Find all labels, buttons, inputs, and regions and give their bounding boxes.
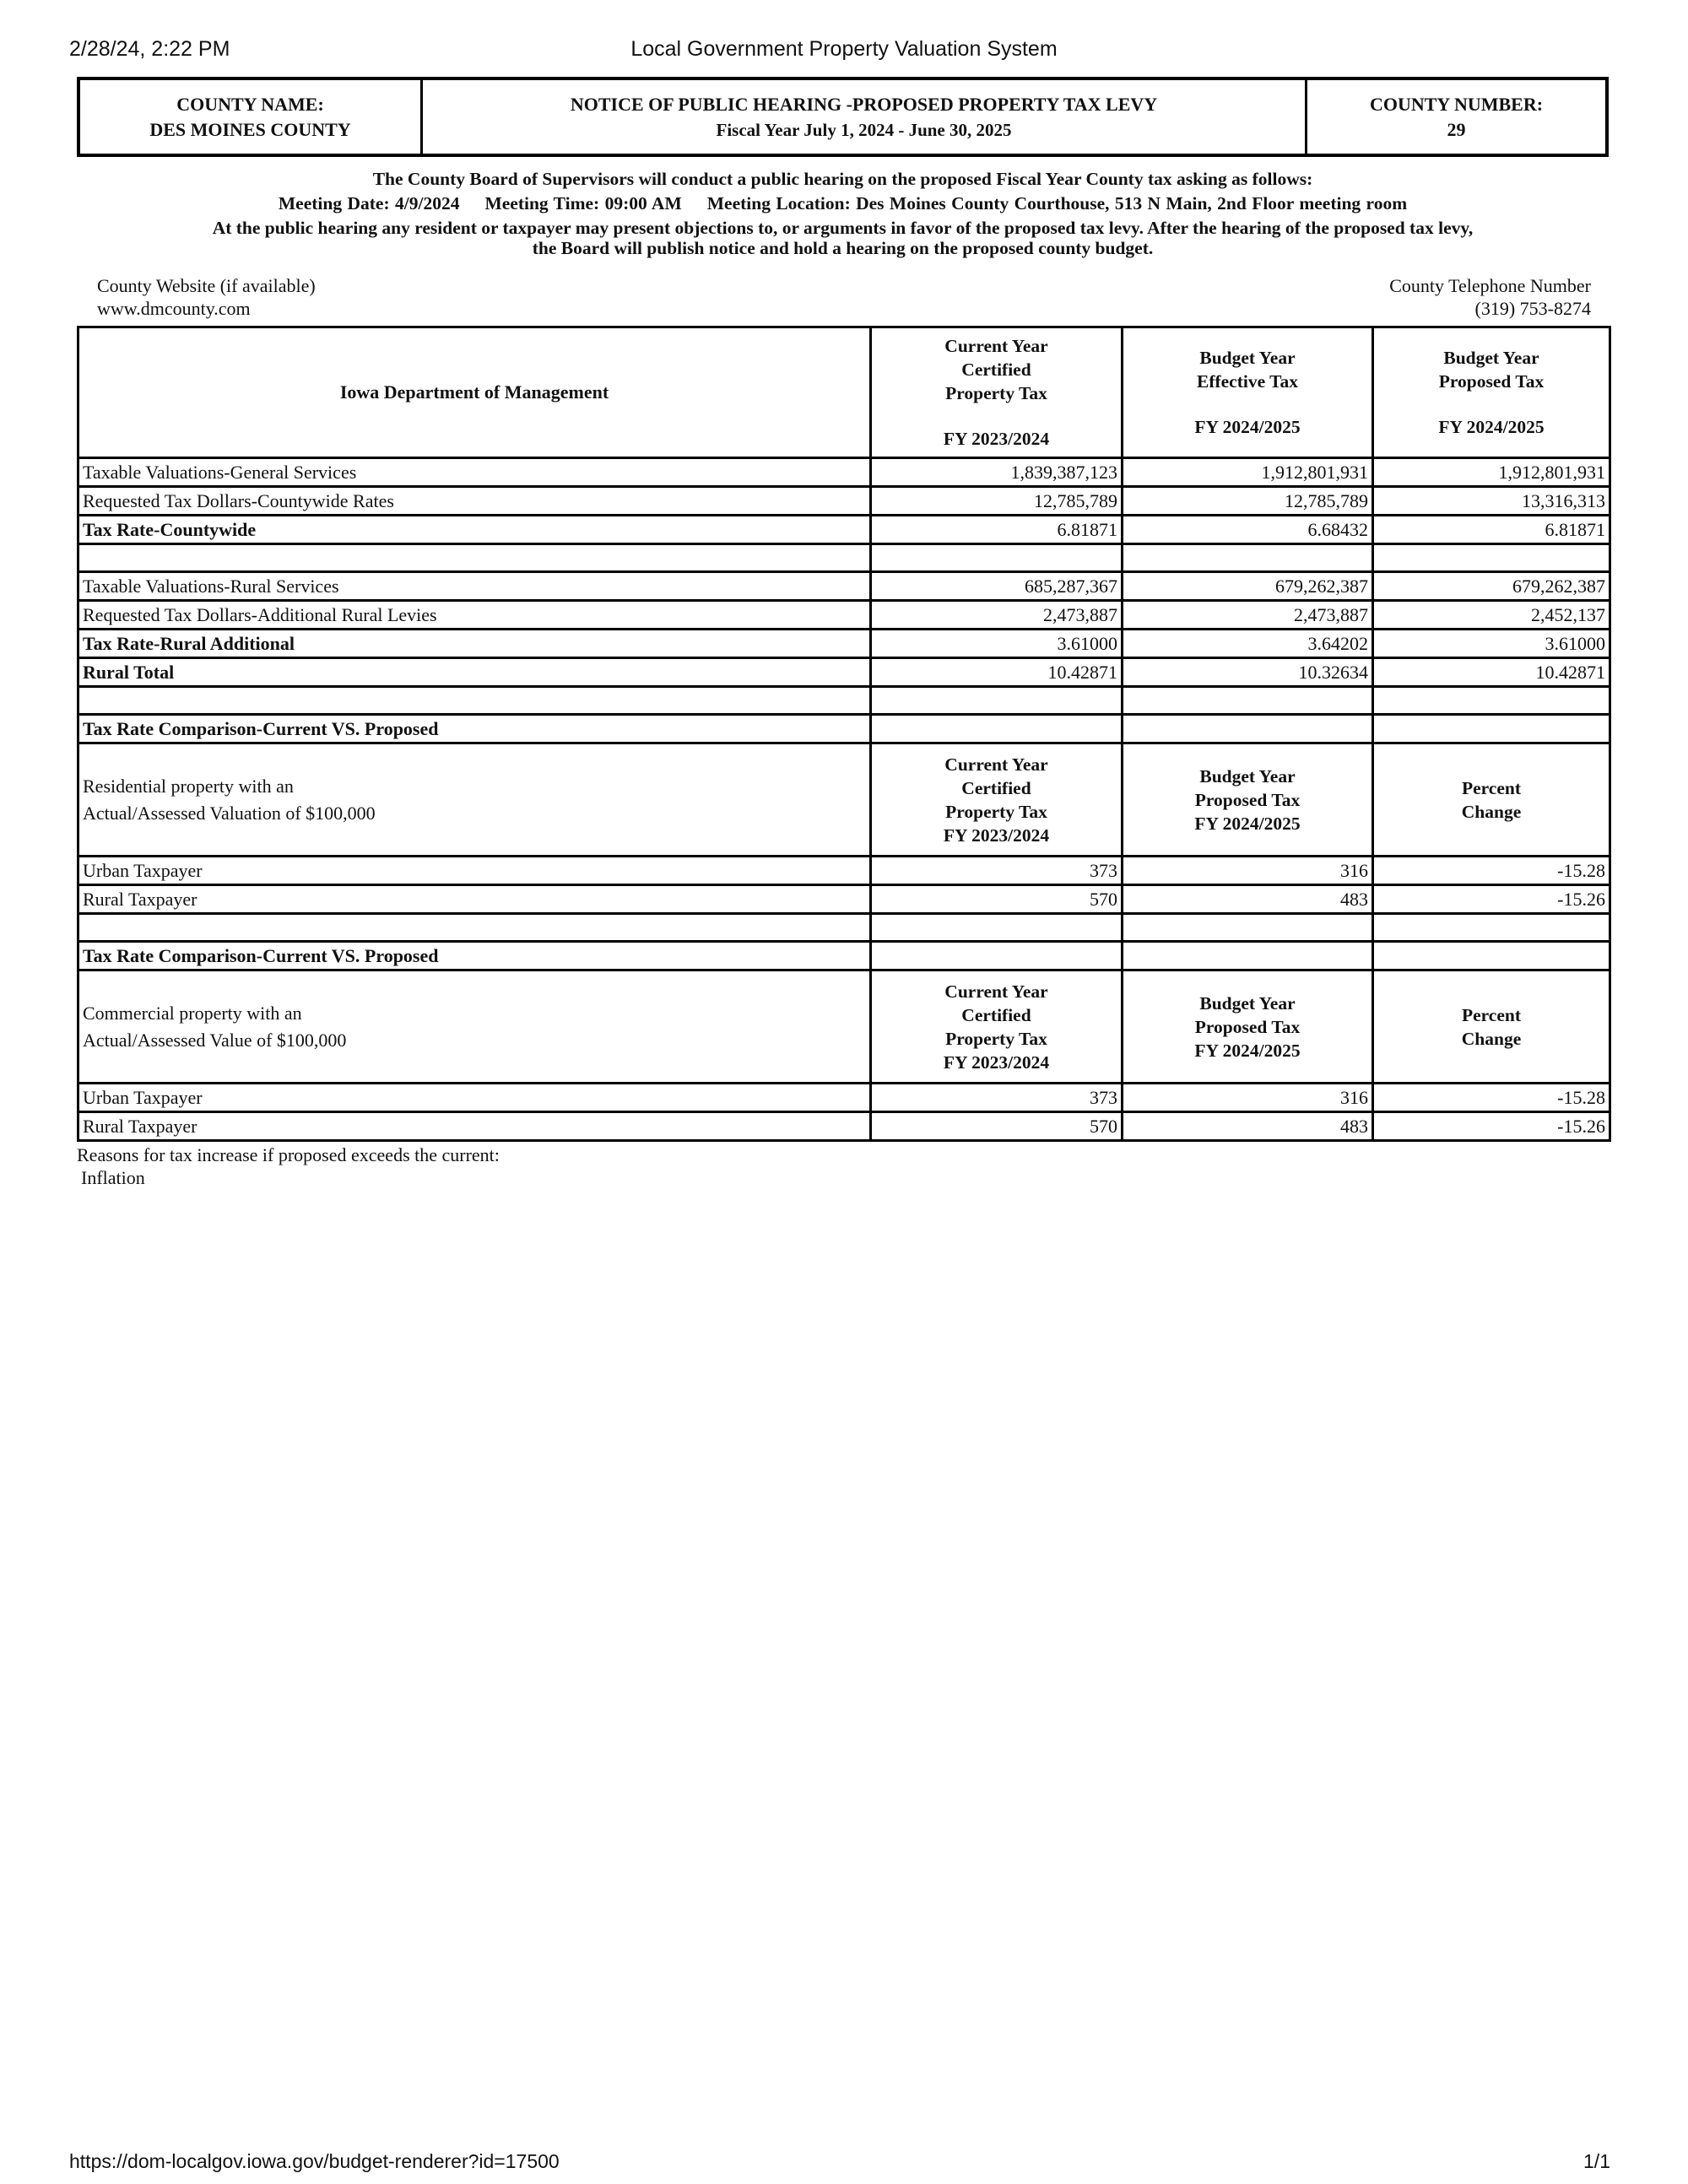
header-budget-proposed: Budget Year Proposed Tax FY 2024/2025: [1373, 327, 1610, 458]
meeting-details: Meeting Date: 4/9/2024Meeting Time: 09:0…: [77, 193, 1609, 214]
header-text: Change: [1377, 1027, 1605, 1051]
current-tax-value: 373: [871, 1084, 1123, 1112]
current-year-value: 10.42871: [871, 658, 1123, 687]
comparison-title: Tax Rate Comparison-Current VS. Proposed: [78, 942, 871, 970]
table-row: Taxable Valuations-General Services1,839…: [78, 458, 1610, 487]
current-year-value: 6.81871: [871, 516, 1123, 544]
header-text: FY 2023/2024: [875, 1051, 1117, 1074]
table-row: Requested Tax Dollars-Countywide Rates12…: [78, 487, 1610, 516]
comparison-title-row: Tax Rate Comparison-Current VS. Proposed: [78, 942, 1610, 970]
header-text: Percent: [1377, 1003, 1605, 1027]
comparison-header-row: Commercial property with anActual/Assess…: [78, 970, 1610, 1084]
taxpayer-type: Rural Taxpayer: [78, 1112, 871, 1141]
header-percent-change: PercentChange: [1373, 743, 1610, 857]
phone-label: County Telephone Number: [1389, 274, 1591, 297]
budget-proposed-value: 10.42871: [1373, 658, 1610, 687]
header-current-year: Current YearCertifiedProperty TaxFY 2023…: [871, 743, 1123, 857]
county-number-label: COUNTY NUMBER:: [1370, 92, 1543, 117]
header-text: Change: [1377, 800, 1605, 824]
row-label: Requested Tax Dollars-Additional Rural L…: [78, 601, 871, 630]
meeting-date: Meeting Date: 4/9/2024: [279, 193, 460, 214]
row-label: Rural Total: [78, 658, 871, 687]
header-text: Proposed Tax: [1127, 1015, 1368, 1039]
header-text: Budget Year: [1377, 346, 1605, 370]
print-page-number: 1/1: [1583, 2150, 1610, 2173]
meeting-time: Meeting Time: 09:00 AM: [484, 193, 681, 214]
current-tax-value: 373: [871, 857, 1123, 885]
proposed-tax-value: 316: [1123, 1084, 1373, 1112]
description-line: Actual/Assessed Valuation of $100,000: [83, 800, 866, 827]
header-text: Budget Year: [1127, 765, 1368, 788]
current-year-value: 2,473,887: [871, 601, 1123, 630]
blank-row: [78, 544, 1610, 572]
header-budget-proposed: Budget YearProposed TaxFY 2024/2025: [1123, 743, 1373, 857]
budget-effective-value: 1,912,801,931: [1123, 458, 1373, 487]
budget-proposed-value: 13,316,313: [1373, 487, 1610, 516]
current-year-value: 12,785,789: [871, 487, 1123, 516]
reasons-value: Inflation: [77, 1166, 500, 1189]
table-row: Tax Rate-Countywide6.818716.684326.81871: [78, 516, 1610, 544]
tax-levy-table: Iowa Department of Management Current Ye…: [77, 326, 1611, 1142]
notice-header-box: COUNTY NAME: DES MOINES COUNTY NOTICE OF…: [77, 77, 1609, 157]
header-text: Budget Year: [1127, 346, 1368, 370]
header-text: Current Year: [875, 334, 1117, 358]
blank-row: [78, 687, 1610, 715]
header-text: FY 2024/2025: [1127, 415, 1368, 439]
taxpayer-type: Rural Taxpayer: [78, 885, 871, 914]
header-text: Current Year: [875, 753, 1117, 776]
header-text: FY 2023/2024: [875, 824, 1117, 847]
header-text: Certified: [875, 1003, 1117, 1027]
table-row: Requested Tax Dollars-Additional Rural L…: [78, 601, 1610, 630]
proposed-tax-value: 483: [1123, 885, 1373, 914]
county-number: 29: [1447, 117, 1466, 143]
comparison-description: Residential property with anActual/Asses…: [78, 743, 871, 857]
header-text: Effective Tax: [1127, 370, 1368, 393]
header-text: Percent: [1377, 776, 1605, 800]
header-text: Property Tax: [875, 381, 1117, 405]
header-text: Certified: [875, 358, 1117, 381]
budget-effective-value: 3.64202: [1123, 630, 1373, 658]
print-title: Local Government Property Valuation Syst…: [0, 37, 1688, 62]
blank-row: [78, 914, 1610, 942]
description-line: Residential property with an: [83, 773, 866, 800]
table-row: Taxable Valuations-Rural Services685,287…: [78, 572, 1610, 601]
current-year-value: 3.61000: [871, 630, 1123, 658]
hearing-explanation: At the public hearing any resident or ta…: [77, 218, 1609, 258]
current-tax-value: 570: [871, 1112, 1123, 1141]
table-row: Urban Taxpayer373316-15.28: [78, 857, 1610, 885]
table-header-label: Iowa Department of Management: [78, 327, 871, 458]
percent-change-value: -15.26: [1373, 885, 1610, 914]
current-tax-value: 570: [871, 885, 1123, 914]
row-label: Taxable Valuations-Rural Services: [78, 572, 871, 601]
header-current-year: Current YearCertifiedProperty TaxFY 2023…: [871, 970, 1123, 1084]
budget-effective-value: 10.32634: [1123, 658, 1373, 687]
header-text: Property Tax: [875, 800, 1117, 824]
header-current-year: Current Year Certified Property Tax FY 2…: [871, 327, 1123, 458]
description-line: Actual/Assessed Value of $100,000: [83, 1027, 866, 1054]
percent-change-value: -15.26: [1373, 1112, 1610, 1141]
table-header-row: Iowa Department of Management Current Ye…: [78, 327, 1610, 458]
hearing-explanation-line2: the Board will publish notice and hold a…: [77, 238, 1609, 258]
notice-title-cell: NOTICE OF PUBLIC HEARING -PROPOSED PROPE…: [423, 80, 1307, 154]
percent-change-value: -15.28: [1373, 1084, 1610, 1112]
header-text: FY 2024/2025: [1377, 415, 1605, 439]
table-row: Rural Taxpayer570483-15.26: [78, 1112, 1610, 1141]
header-text: Certified: [875, 776, 1117, 800]
budget-effective-value: 6.68432: [1123, 516, 1373, 544]
header-text: FY 2024/2025: [1127, 812, 1368, 835]
header-text: FY 2024/2025: [1127, 1039, 1368, 1062]
taxpayer-type: Urban Taxpayer: [78, 1084, 871, 1112]
header-text: Proposed Tax: [1377, 370, 1605, 393]
row-label: Taxable Valuations-General Services: [78, 458, 871, 487]
table-row: Rural Taxpayer570483-15.26: [78, 885, 1610, 914]
budget-proposed-value: 679,262,387: [1373, 572, 1610, 601]
budget-effective-value: 12,785,789: [1123, 487, 1373, 516]
current-year-value: 1,839,387,123: [871, 458, 1123, 487]
budget-proposed-value: 1,912,801,931: [1373, 458, 1610, 487]
county-name-label: COUNTY NAME:: [176, 92, 324, 117]
comparison-description: Commercial property with anActual/Assess…: [78, 970, 871, 1084]
comparison-title-row: Tax Rate Comparison-Current VS. Proposed: [78, 715, 1610, 743]
table-row: Urban Taxpayer373316-15.28: [78, 1084, 1610, 1112]
budget-proposed-value: 6.81871: [1373, 516, 1610, 544]
row-label: Tax Rate-Countywide: [78, 516, 871, 544]
county-name: DES MOINES COUNTY: [149, 117, 350, 143]
percent-change-value: -15.28: [1373, 857, 1610, 885]
header-text: Current Year: [875, 980, 1117, 1003]
website-value: www.dmcounty.com: [97, 297, 316, 320]
header-budget-proposed: Budget YearProposed TaxFY 2024/2025: [1123, 970, 1373, 1084]
county-number-cell: COUNTY NUMBER: 29: [1307, 80, 1605, 154]
website-label: County Website (if available): [97, 274, 316, 297]
county-phone-block: County Telephone Number (319) 753-8274: [1389, 274, 1591, 320]
header-text: Budget Year: [1127, 992, 1368, 1015]
row-label: Requested Tax Dollars-Countywide Rates: [78, 487, 871, 516]
header-budget-effective: Budget Year Effective Tax FY 2024/2025: [1123, 327, 1373, 458]
fiscal-year: Fiscal Year July 1, 2024 - June 30, 2025: [717, 117, 1012, 143]
meeting-location: Meeting Location: Des Moines County Cour…: [707, 193, 1407, 214]
budget-proposed-value: 2,452,137: [1373, 601, 1610, 630]
budget-effective-value: 2,473,887: [1123, 601, 1373, 630]
hearing-intro: The County Board of Supervisors will con…: [77, 169, 1609, 189]
header-text: Proposed Tax: [1127, 788, 1368, 812]
proposed-tax-value: 483: [1123, 1112, 1373, 1141]
row-label: Tax Rate-Rural Additional: [78, 630, 871, 658]
header-text: FY 2023/2024: [875, 427, 1117, 451]
phone-value: (319) 753-8274: [1389, 297, 1591, 320]
current-year-value: 685,287,367: [871, 572, 1123, 601]
budget-effective-value: 679,262,387: [1123, 572, 1373, 601]
table-row: Tax Rate-Rural Additional3.610003.642023…: [78, 630, 1610, 658]
comparison-header-row: Residential property with anActual/Asses…: [78, 743, 1610, 857]
notice-title: NOTICE OF PUBLIC HEARING -PROPOSED PROPE…: [571, 92, 1157, 117]
proposed-tax-value: 316: [1123, 857, 1373, 885]
description-line: Commercial property with an: [83, 1000, 866, 1027]
reasons-label: Reasons for tax increase if proposed exc…: [77, 1143, 500, 1166]
print-url: https://dom-localgov.iowa.gov/budget-ren…: [69, 2150, 560, 2173]
comparison-title: Tax Rate Comparison-Current VS. Proposed: [78, 715, 871, 743]
table-row: Rural Total10.4287110.3263410.42871: [78, 658, 1610, 687]
county-website-block: County Website (if available) www.dmcoun…: [97, 274, 316, 320]
hearing-explanation-line1: At the public hearing any resident or ta…: [77, 218, 1609, 238]
header-text: Property Tax: [875, 1027, 1117, 1051]
tax-increase-reasons: Reasons for tax increase if proposed exc…: [77, 1143, 500, 1189]
header-percent-change: PercentChange: [1373, 970, 1610, 1084]
budget-proposed-value: 3.61000: [1373, 630, 1610, 658]
county-name-cell: COUNTY NAME: DES MOINES COUNTY: [80, 80, 423, 154]
taxpayer-type: Urban Taxpayer: [78, 857, 871, 885]
